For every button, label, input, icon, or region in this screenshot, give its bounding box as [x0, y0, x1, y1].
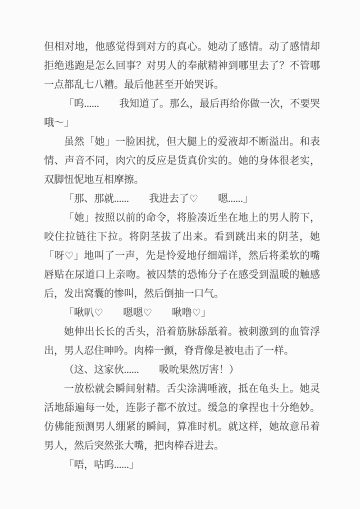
paragraph-dialogue: 「啾叭♡ 嗯嗯♡ 啾噜♡」	[44, 304, 320, 323]
paragraph: 虽然「她」一脸困扰，但大腿上的爱液却不断溢出。和表情、声音不同，肉穴的反应是货真…	[44, 133, 320, 190]
paragraph-dialogue: 「那、那就...... 我进去了♡ 嗯......」	[44, 190, 320, 209]
paragraph-thought: （这、这家伙...... 吸吮果然厉害！）	[44, 361, 320, 380]
paragraph-dialogue: 「唔，咕呜......」	[44, 456, 320, 475]
novel-text-block: 但相对地，他感觉得到对方的真心。她动了感情。动了感情却拒绝逃跑是怎么回事？对男人…	[44, 38, 320, 475]
paragraph: 她伸出长长的舌头，沿着筋脉舔舐着。被刺激到的血管浮出，男人忍住呻吟。肉棒一颤，脊…	[44, 323, 320, 361]
paragraph: 一放松就会瞬间射精。舌尖涂满唾液，抵在龟头上。她灵活地舔遍每一处，连影子都不放过…	[44, 380, 320, 456]
reader-page[interactable]: 但相对地，他感觉得到对方的真心。她动了感情。动了感情却拒绝逃跑是怎么回事？对男人…	[0, 0, 360, 509]
paragraph-dialogue: 「呜...... 我知道了。那么，最后再给你做一次，不要哭哦～」	[44, 95, 320, 133]
paragraph: 「她」按照以前的命令，将脸凑近坐在地上的男人胯下，咬住拉链往下拉。将阴茎拔了出来…	[44, 209, 320, 304]
paragraph: 但相对地，他感觉得到对方的真心。她动了感情。动了感情却拒绝逃跑是怎么回事？对男人…	[44, 38, 320, 95]
